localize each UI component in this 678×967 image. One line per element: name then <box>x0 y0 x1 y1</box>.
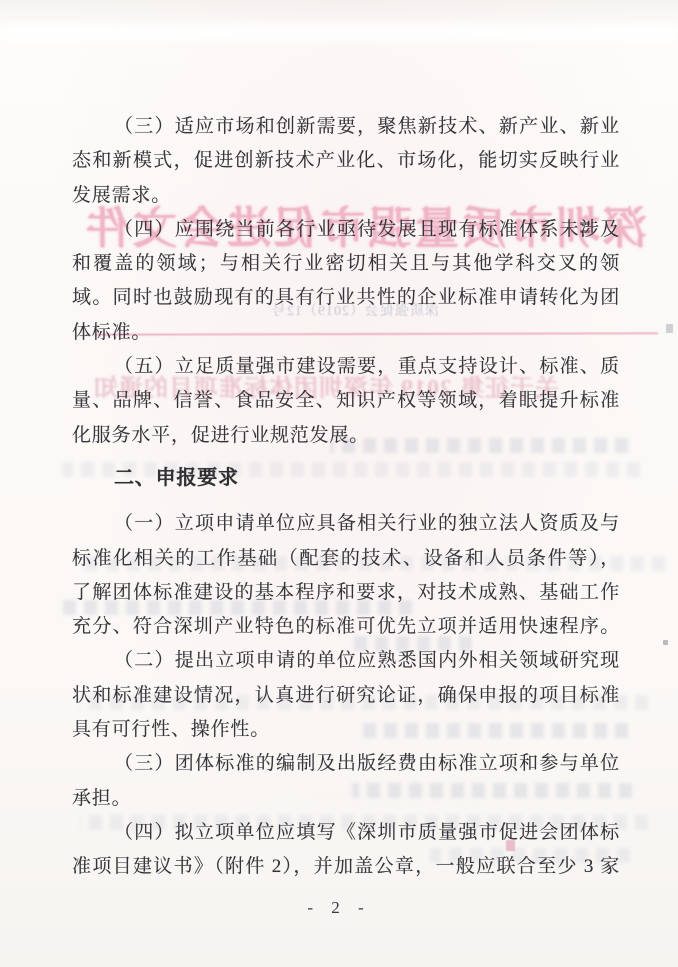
text-line: （四）应围绕当前各行业亟待发展且现有标准体系未涉及 <box>72 213 620 247</box>
scan-light-band <box>0 24 678 42</box>
text-line: 体标准。 <box>72 316 620 350</box>
text-line: （三）团体标准的编制及出版经费由标准立项和参与单位 <box>72 747 620 781</box>
scan-speck <box>666 324 673 333</box>
text-line: 充分、符合深圳产业特色的标准可优先立项并适用快速程序。 <box>72 610 620 644</box>
text-line: 具有可行性、操作性。 <box>72 713 620 747</box>
text-line: （四）拟立项单位应填写《深圳市质量强市促进会团体标 <box>72 816 620 850</box>
text-line: 发展需求。 <box>72 179 620 213</box>
text-line: 了解团体标准建设的基本程序和要求，对技术成熟、基础工作 <box>72 576 620 610</box>
text-line: 标准化相关的工作基础（配套的技术、设备和人员条件等）， <box>72 542 620 576</box>
text-line: 态和新模式，促进创新技术产业化、市场化，能切实反映行业 <box>72 144 620 178</box>
text-line: （三）适应市场和创新需要，聚焦新技术、新产业、新业 <box>72 110 620 144</box>
page-number: - 2 - <box>0 898 678 918</box>
text-line: 承担。 <box>72 782 620 816</box>
section-heading: 二、申报要求 <box>72 461 620 495</box>
text-line: （二）提出立项申请的单位应熟悉国内外相关领域研究现 <box>72 644 620 678</box>
document-lines: （三）适应市场和创新需要，聚焦新技术、新产业、新业态和新模式，促进创新技术产业化… <box>72 110 620 885</box>
text-line: （五）立足质量强市建设需要，重点支持设计、标准、质 <box>72 350 620 384</box>
text-line: 和覆盖的领域；与相关行业密切相关且与其他学科交叉的领 <box>72 247 620 281</box>
text-line: 状和标准建设情况，认真进行研究论证，确保申报的项目标准 <box>72 679 620 713</box>
scan-speck <box>663 640 668 645</box>
text-line: 量、品牌、信誉、食品安全、知识产权等领域，着眼提升标准 <box>72 384 620 418</box>
text-line: 化服务水平，促进行业规范发展。 <box>72 419 620 453</box>
text-line: 域。同时也鼓励现有的具有行业共性的企业标准申请转化为团 <box>72 281 620 315</box>
text-line: （一）立项申请单位应具备相关行业的独立法人资质及与 <box>72 507 620 541</box>
scanned-document-page: 深圳市质量强市促进会文件 深质强促会（2019）12号 关于征集 2019 年深… <box>0 0 678 967</box>
text-line: 准项目建议书》（附件 2），并加盖公章，一般应联合至少 3 家 <box>72 850 620 884</box>
